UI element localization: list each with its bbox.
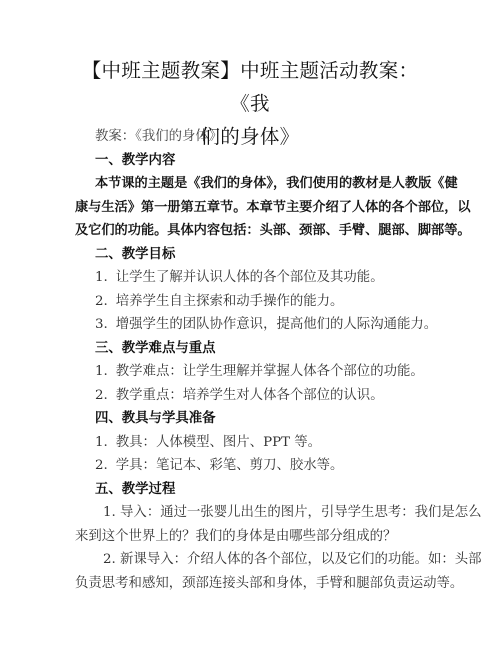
list-item: 1.教学难点：让学生理解并掌握人体各个部位的功能。 <box>75 360 423 384</box>
process-step-line: 负责思考和感知，颈部连接头部和身体，手臂和腿部负责运动等。 <box>75 572 423 596</box>
section-heading-content: 一、教学内容 <box>75 149 423 173</box>
item-number: 1. <box>95 435 108 450</box>
process-step-line: 2. 新课导入：介绍人体的各个部位，以及它们的功能。如：头部 <box>75 548 423 572</box>
list-item: 2.学具：笔记本、彩笔、剪刀、胶水等。 <box>75 454 423 478</box>
item-number: 2. <box>95 458 108 473</box>
paragraph-line: 康与生活》第一册第五章节。本章节主要介绍了人体的各个部位，以 <box>75 196 423 220</box>
item-number: 1. <box>95 364 108 379</box>
list-item: 1.教具：人体模型、图片、PPT 等。 <box>75 431 423 455</box>
document-body: 教案：《我们的身体》 一、教学内容 本节课的主题是《我们的身体》，我们使用的教材… <box>75 125 423 595</box>
item-number: 2. <box>95 294 108 309</box>
item-text: 学具：笔记本、彩笔、剪刀、胶水等。 <box>116 458 344 473</box>
list-item: 2.培养学生自主探索和动手操作的能力。 <box>75 290 423 314</box>
list-item: 1.让学生了解并认识人体的各个部位及其功能。 <box>75 266 423 290</box>
section-heading-goals: 二、教学目标 <box>75 243 423 267</box>
lesson-subtitle: 教案：《我们的身体》 <box>75 125 423 149</box>
item-number: 1. <box>95 270 108 285</box>
item-text: 教学难点：让学生理解并掌握人体各个部位的功能。 <box>116 364 424 379</box>
item-text: 培养学生自主探索和动手操作的能力。 <box>116 294 344 309</box>
title-line-1: 【中班主题教案】中班主题活动教案：《我 <box>70 54 430 120</box>
process-step-line: 1. 导入：通过一张婴儿出生的图片，引导学生思考：我们是怎么 <box>75 501 423 525</box>
section-heading-process: 五、教学过程 <box>75 478 423 502</box>
item-number: 3. <box>95 317 108 332</box>
paragraph-line: 本节课的主题是《我们的身体》，我们使用的教材是人教版《健 <box>75 172 423 196</box>
item-text: 让学生了解并认识人体的各个部位及其功能。 <box>116 270 384 285</box>
list-item: 3.增强学生的团队协作意识，提高他们的人际沟通能力。 <box>75 313 423 337</box>
section-heading-difficulties: 三、教学难点与重点 <box>75 337 423 361</box>
list-item: 2.教学重点：培养学生对人体各个部位的认识。 <box>75 384 423 408</box>
document-page: 【中班主题教案】中班主题活动教案：《我 们的身体》 教案：《我们的身体》 一、教… <box>0 0 500 647</box>
paragraph-line: 及它们的功能。具体内容包括：头部、颈部、手臂、腿部、脚部等。 <box>75 219 423 243</box>
item-text: 教学重点：培养学生对人体各个部位的认识。 <box>116 388 384 403</box>
process-step-line: 来到这个世界上的？我们的身体是由哪些部分组成的？ <box>75 525 423 549</box>
section-heading-materials: 四、教具与学具准备 <box>75 407 423 431</box>
item-text: 教具：人体模型、图片、PPT 等。 <box>116 435 321 450</box>
item-text: 增强学生的团队协作意识，提高他们的人际沟通能力。 <box>116 317 437 332</box>
item-number: 2. <box>95 388 108 403</box>
